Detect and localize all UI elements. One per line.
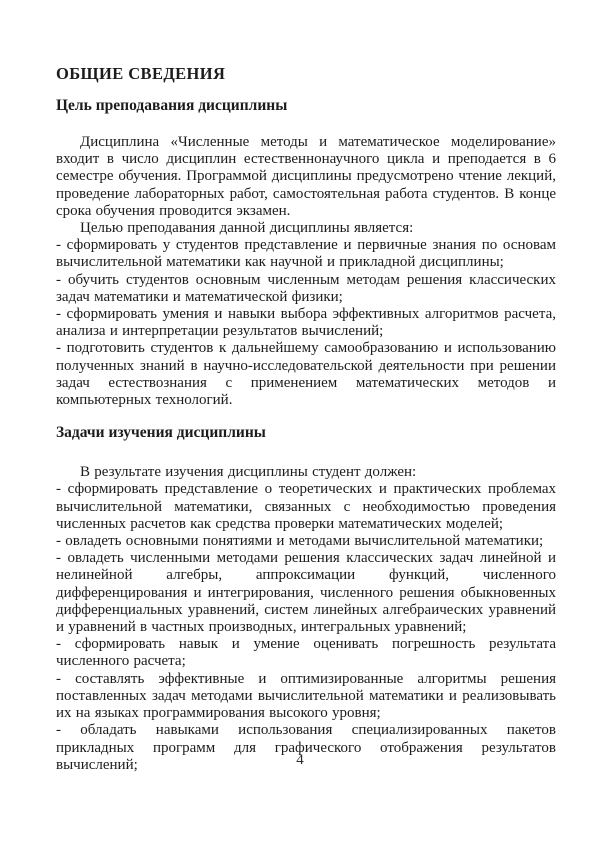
section-heading-tasks: Задачи изучения дисциплины: [56, 424, 556, 442]
list-item-task-5: - составлять эффективные и оптимизирован…: [56, 671, 556, 723]
section-heading-purpose: Цель преподавания дисциплины: [56, 97, 556, 115]
list-item-task-2: - овладеть основными понятиями и методам…: [56, 533, 556, 550]
list-item-purpose-3: - сформировать умения и навыки выбора эф…: [56, 306, 556, 340]
paragraph-purpose-lead: Целью преподавания данной дисциплины явл…: [56, 220, 556, 237]
paragraph-discipline-intro: Дисциплина «Численные методы и математич…: [56, 134, 556, 220]
list-item-task-4: - сформировать навык и умение оценивать …: [56, 636, 556, 670]
document-page: ОБЩИЕ СВЕДЕНИЯ Цель преподавания дисципл…: [0, 0, 600, 848]
document-title: ОБЩИЕ СВЕДЕНИЯ: [56, 64, 556, 83]
paragraph-tasks-lead: В результате изучения дисциплины студент…: [56, 464, 556, 481]
list-item-purpose-2: - обучить студентов основным численным м…: [56, 272, 556, 306]
list-item-purpose-4: - подготовить студентов к дальнейшему са…: [56, 340, 556, 409]
list-item-task-3: - овладеть численными методами решения к…: [56, 550, 556, 636]
page-number: 4: [0, 752, 600, 769]
list-item-purpose-1: - сформировать у студентов представление…: [56, 237, 556, 271]
list-item-task-1: - сформировать представление о теоретиче…: [56, 481, 556, 533]
